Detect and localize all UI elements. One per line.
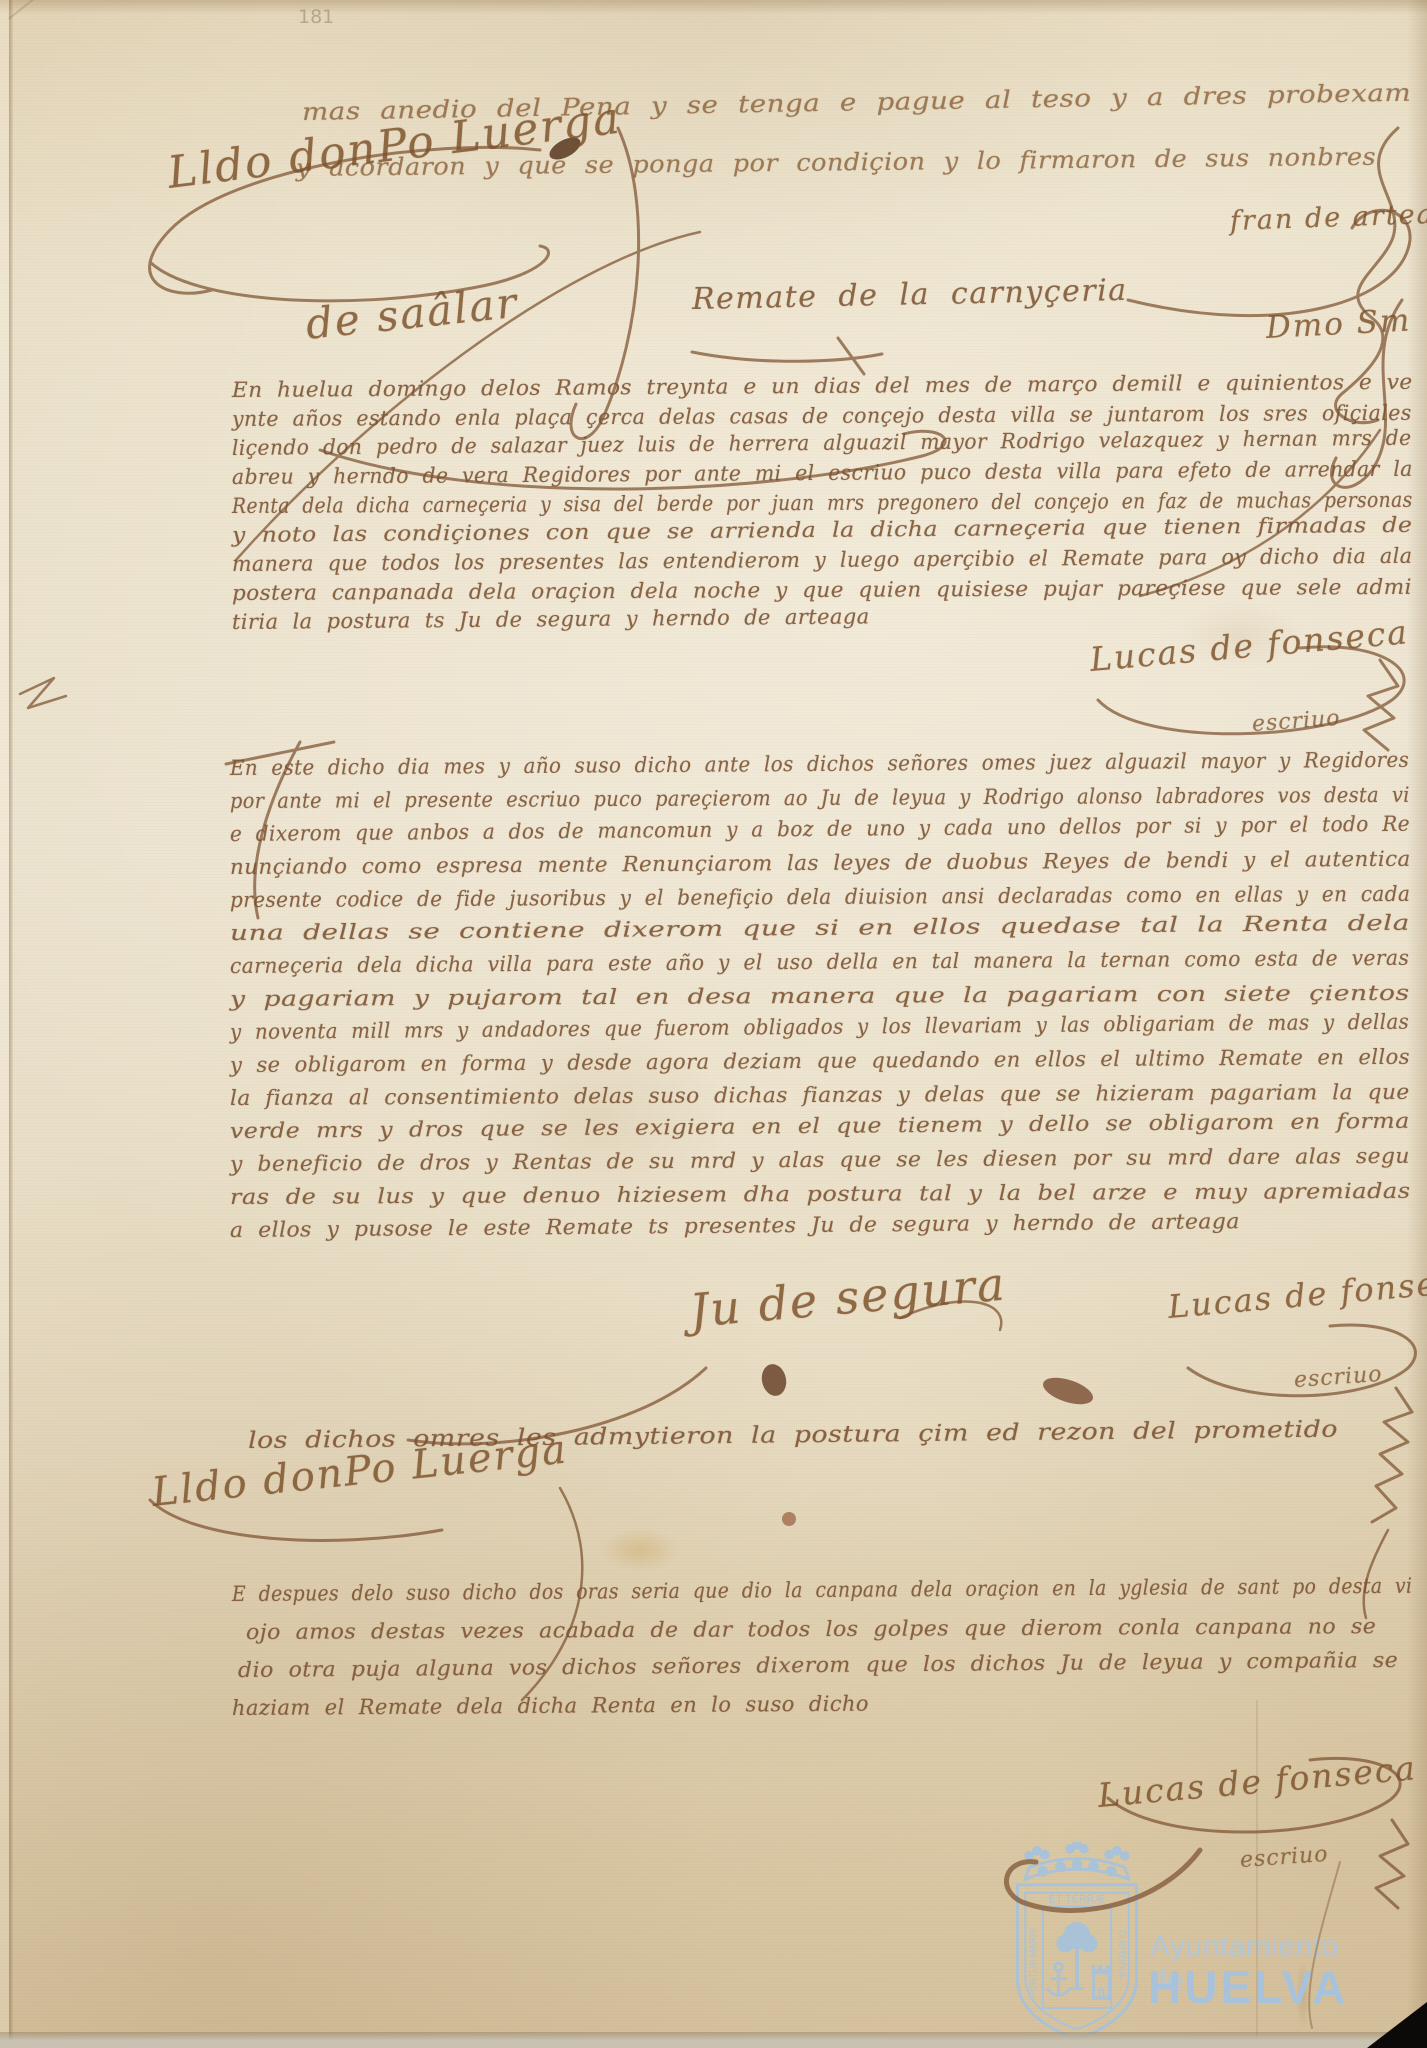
huelva-shield-icon: ET TERRÆ PORTUS MARIS CUSTODIA bbox=[1002, 1842, 1152, 2047]
scan-bottom-edge bbox=[0, 2032, 1427, 2048]
manuscript-scan: ET TERRÆ PORTUS MARIS CUSTODIA Ayuntamie… bbox=[0, 0, 1427, 2048]
paper-crease bbox=[1256, 1700, 1258, 2048]
body-line: haziam el Remate dela dicha Renta en lo … bbox=[232, 1692, 869, 1720]
page-edge-top bbox=[0, 0, 1427, 14]
shield-motto-left: PORTUS MARIS bbox=[1028, 1928, 1038, 1998]
huelva-logo: ET TERRÆ PORTUS MARIS CUSTODIA Ayuntamie… bbox=[1002, 1842, 1362, 2042]
logo-city-name: HUELVA bbox=[1148, 1960, 1348, 2014]
signature-arteaga-line2: Dmo Sm bbox=[1265, 302, 1412, 346]
page-edge-left bbox=[0, 0, 9, 2048]
shield-motto-right: CUSTODIA bbox=[1117, 1930, 1127, 1979]
page-seam-left bbox=[9, 0, 13, 2048]
shield-motto-top: ET TERRÆ bbox=[1049, 1894, 1105, 1906]
page-edge-right bbox=[1407, 0, 1427, 2048]
